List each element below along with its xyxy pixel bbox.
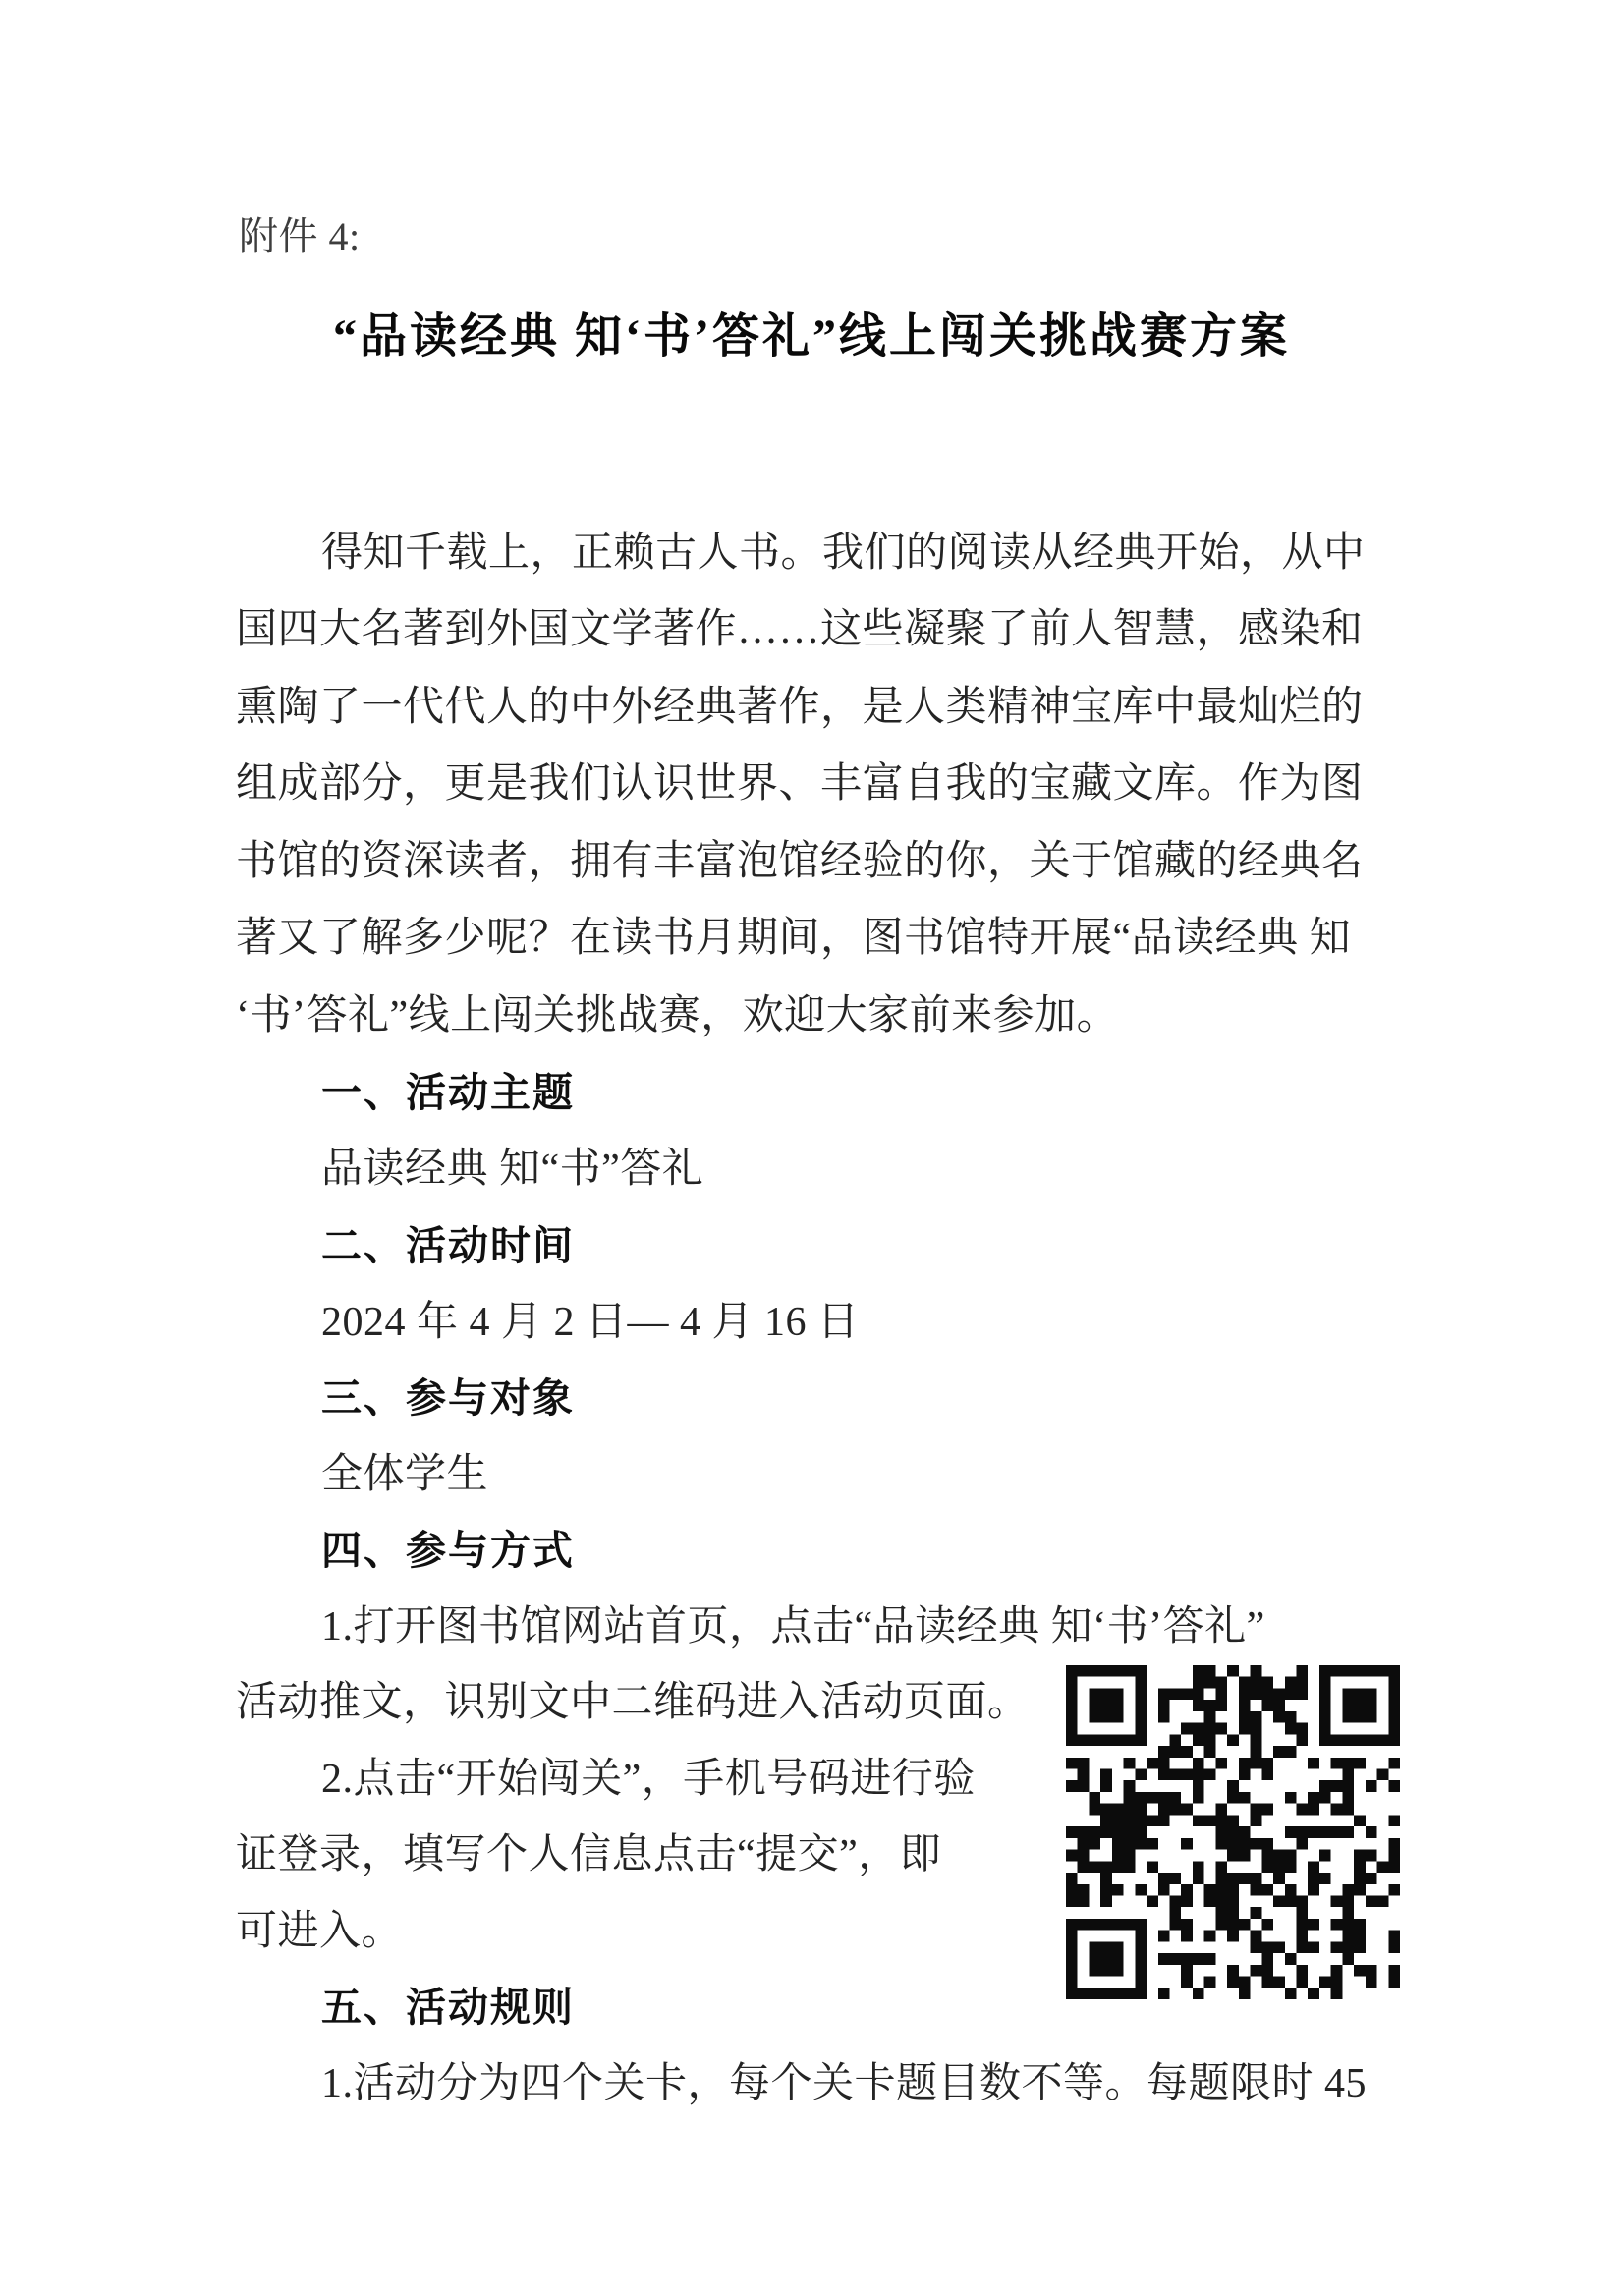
intro-line-4: 组成部分，更是我们认识世界、丰富自我的宝藏文库。作为图: [236, 758, 1364, 810]
intro-line-1: 得知千载上，正赖古人书。我们的阅读从经典开始，从中: [321, 528, 1366, 579]
section-heading-method: 四、参与方式: [321, 1525, 575, 1576]
intro-line-5: 书馆的资深读者，拥有丰富泡馆经验的你，关于馆藏的经典名: [236, 836, 1364, 887]
section-body-theme: 品读经典 知“书”答礼: [321, 1144, 703, 1195]
section-body-audience: 全体学生: [321, 1449, 488, 1500]
document-page: 附件 4: “品读经典 知‘书’答礼”线上闯关挑战赛方案 得知千载上，正赖古人书…: [0, 0, 1623, 2296]
intro-line-2: 国四大名著到外国文学著作……这些凝聚了前人智慧，感染和: [236, 604, 1364, 655]
intro-line-7: ‘书’答礼”线上闯关挑战赛，欢迎大家前来参加。: [236, 990, 1118, 1041]
method-item1-line-2: 活动推文，识别文中二维码进入活动页面。: [236, 1677, 1030, 1728]
intro-line-6: 著又了解多少呢？在读书月期间，图书馆特开展“品读经典 知: [236, 913, 1351, 964]
page-title: “品读经典 知‘书’答礼”线上闯关挑战赛方案: [0, 298, 1623, 365]
section-heading-rules: 五、活动规则: [321, 1982, 575, 2033]
qr-code-icon: [1066, 1665, 1400, 1999]
attachment-label: 附件 4:: [239, 211, 361, 262]
section-heading-audience: 三、参与对象: [321, 1372, 575, 1424]
method-item2-line-2: 证登录，填写个人信息点击“提交”，即: [236, 1829, 941, 1880]
method-item1-line-1: 1.打开图书馆网站首页，点击“品读经典 知‘书’答礼”: [321, 1601, 1265, 1652]
intro-line-3: 熏陶了一代代人的中外经典著作，是人类精神宝库中最灿烂的: [236, 682, 1364, 733]
method-item2-line-1: 2.点击“开始闯关”，手机号码进行验: [321, 1754, 976, 1805]
section-body-time: 2024 年 4 月 2 日— 4 月 16 日: [321, 1297, 860, 1348]
rules-item1-line-1: 1.活动分为四个关卡，每个关卡题目数不等。每题限时 45: [321, 2058, 1367, 2109]
method-item2-line-3: 可进入。: [236, 1906, 403, 1957]
section-heading-time: 二、活动时间: [321, 1220, 575, 1271]
section-heading-theme: 一、活动主题: [321, 1067, 575, 1118]
